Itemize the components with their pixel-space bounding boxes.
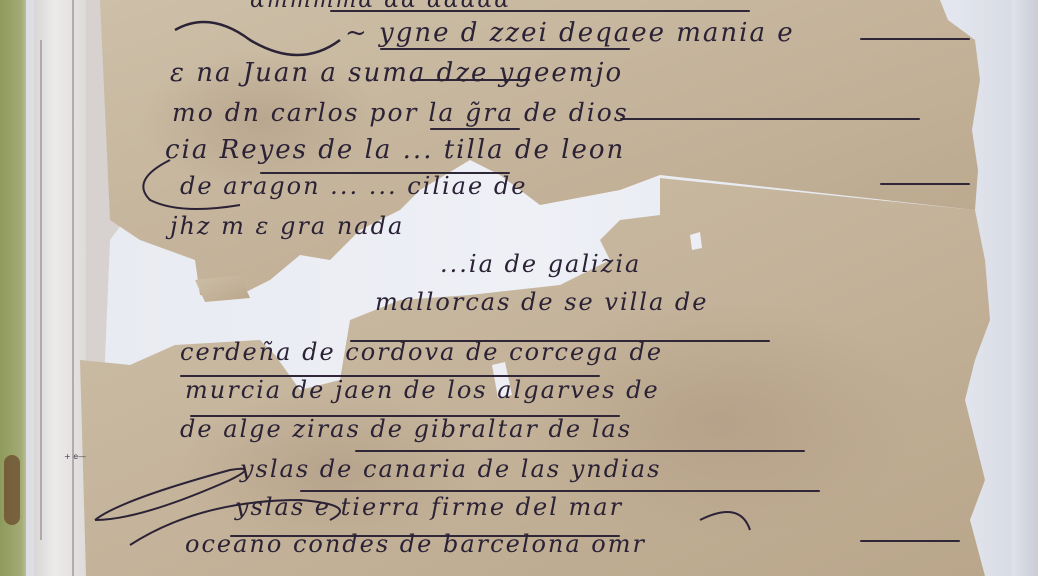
- manuscript-line: de alge ziras de gibraltar de las: [180, 415, 632, 443]
- manuscript-line: de aragon ... ... ciliae de: [180, 172, 527, 200]
- manuscript-line: mallorcas de se villa de: [375, 288, 708, 316]
- ink-rule: [380, 48, 630, 50]
- manuscript-line: oceano condes de barcelona omr: [185, 530, 646, 558]
- ink-rule: [860, 38, 970, 40]
- ink-rule: [620, 118, 920, 120]
- ink-rule: [355, 450, 805, 452]
- manuscript-line: murcia de jaen de los algarves de: [185, 376, 660, 404]
- manuscript-line: yslas de canaria de las yndias: [240, 455, 661, 483]
- manuscript-line: ɑmmmmɑ ɑɑ ɑɑɑɑɑ: [250, 0, 511, 13]
- ink-rule: [300, 490, 820, 492]
- manuscript-line: ~ ygne d zzei deqaee mania e: [345, 18, 795, 48]
- manuscript-line: cia Reyes de la ... tilla de leon: [165, 135, 625, 165]
- manuscript-photo: ɑmmmmɑ ɑɑ ɑɑɑɑɑ ~ ygne d zzei deqaee man…: [0, 0, 1038, 576]
- ink-rule: [860, 540, 960, 542]
- margin-note: + e—: [64, 452, 86, 461]
- manuscript-line: mo dn carlos por la g̃ra de dios: [172, 98, 629, 127]
- ink-rule: [430, 128, 520, 130]
- manuscript-line: jhz m ɛ gra nada: [170, 212, 404, 240]
- ink-rule: [880, 183, 970, 185]
- manuscript-line: ...ia de galizia: [440, 250, 641, 278]
- manuscript-line: ɛ na Juan a suma dze ygeemjo: [170, 58, 623, 88]
- manuscript-line: yslas e tierra firme del mar: [235, 493, 623, 521]
- manuscript-line: cerdeña de cordova de corcega de: [180, 338, 663, 366]
